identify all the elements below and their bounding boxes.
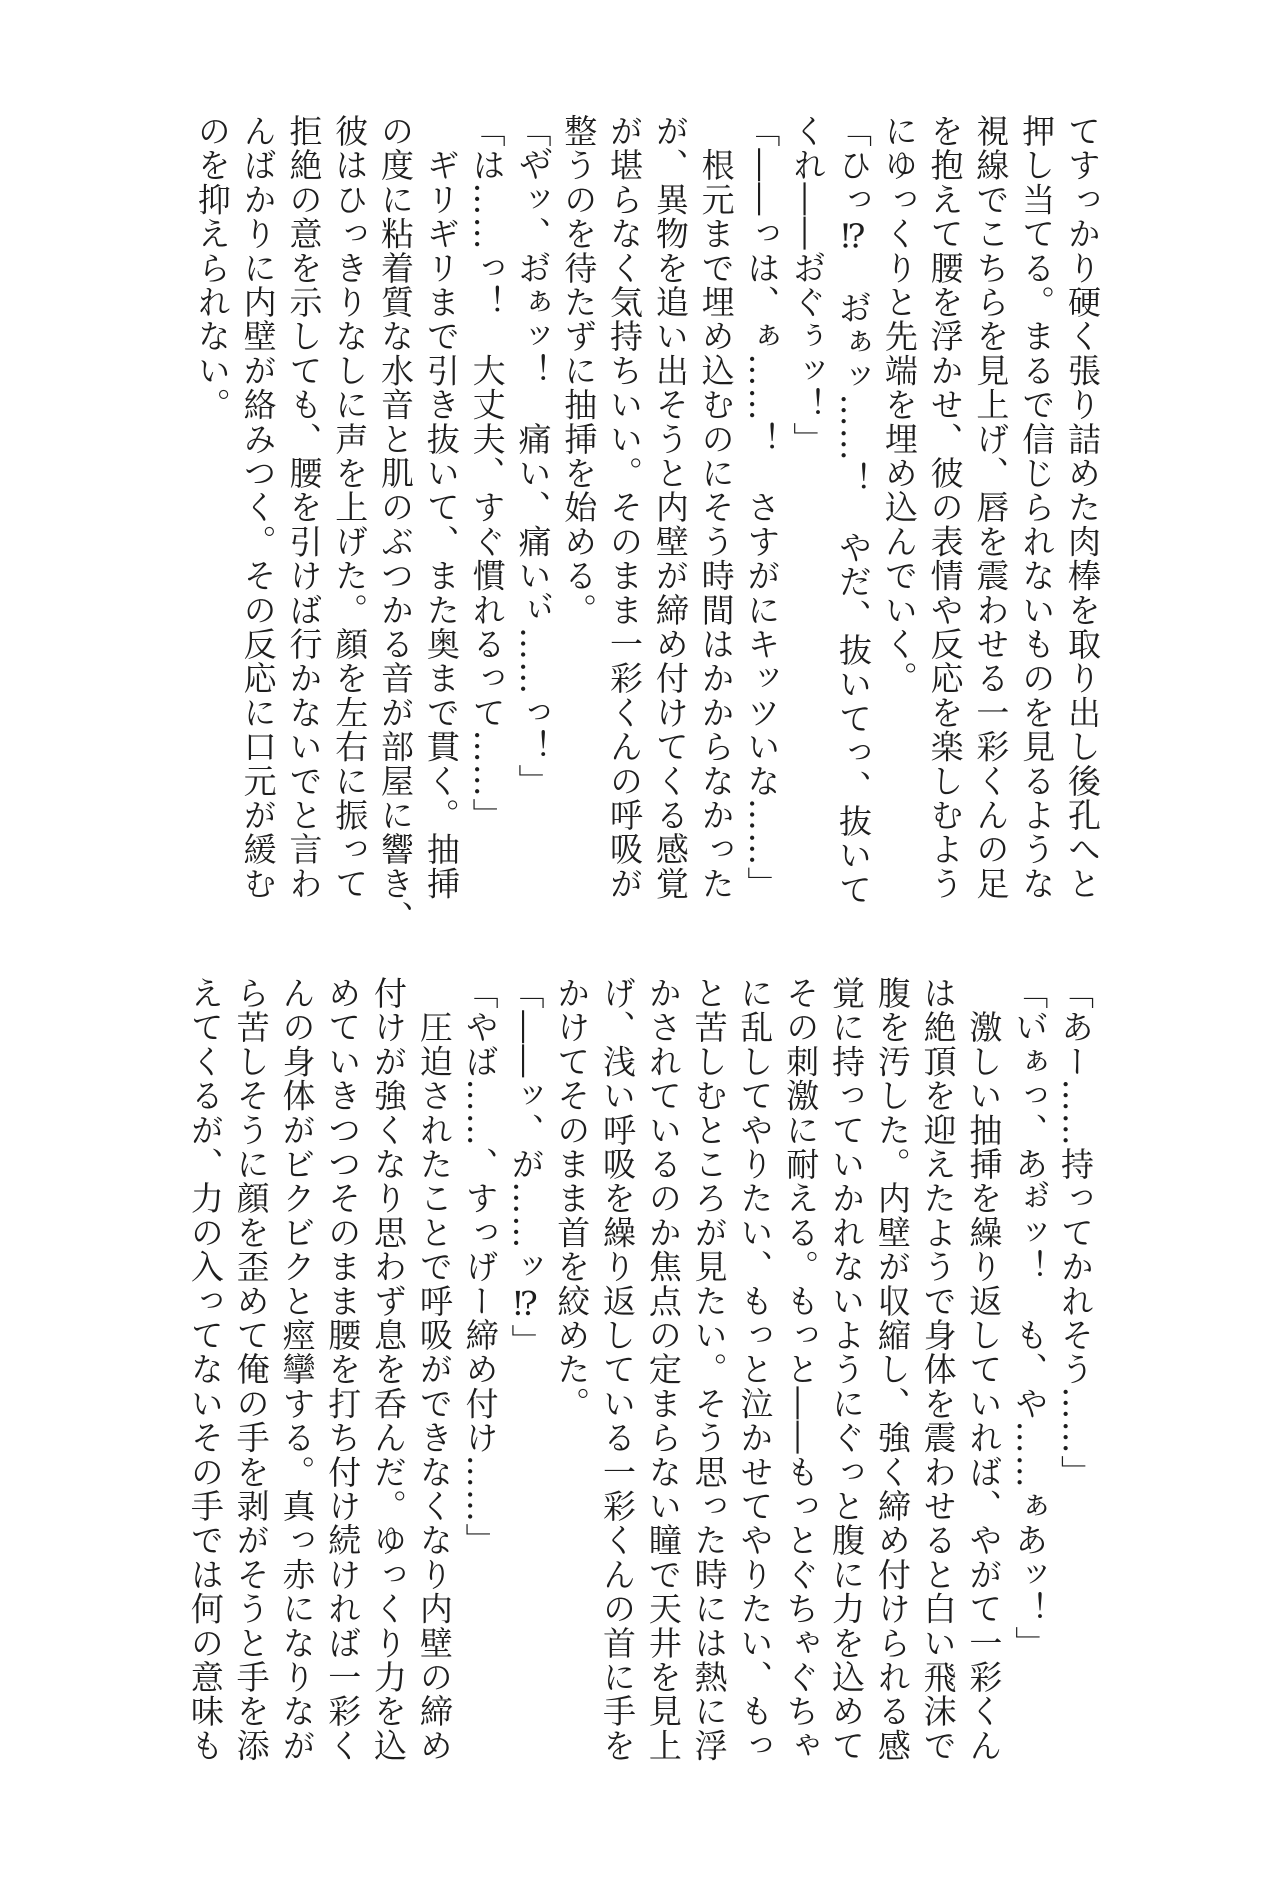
- text-column: かされているのか焦点の定まらない瞳で天井を見上: [640, 976, 686, 1766]
- text-column: 拒絶の意を示しても、腰を引けば行かないでと言わ: [281, 114, 327, 904]
- text-column: 腹を汚した。内壁が収縮し、強く締め付けられる感: [869, 976, 915, 1766]
- text-column: ギリギリまで引き抜いて、また奥まで貫く。抽挿: [418, 114, 464, 904]
- text-column: にゆっくりと先端を埋め込んでいく。: [876, 114, 922, 904]
- text-column: のを抑えられない。: [189, 114, 235, 904]
- text-column: その刺激に耐える。もっと――もっとぐちゃぐちゃ: [777, 976, 823, 1766]
- text-column: 覚に持っていかれないようにぐっと腹に力を込めて: [823, 976, 869, 1766]
- text-column: の度に粘着質な水音と肌のぶつかる音が部屋に響き、: [372, 114, 418, 904]
- text-column: 根元まで埋め込むのにそう時間はかからなかった: [693, 114, 739, 904]
- text-column: 「やば……、すっげー締め付け……」: [457, 976, 503, 1766]
- text-column: てすっかり硬く張り詰めた肉棒を取り出し後孔へと: [1059, 114, 1105, 904]
- text-column: が、異物を追い出そうと内壁が締め付けてくる感覚: [647, 114, 693, 904]
- text-column: かけてそのまま首を絞めた。: [548, 976, 594, 1766]
- book-page: てすっかり硬く張り詰めた肉棒を取り出し後孔へと 押し当てる。まるで信じられないも…: [0, 0, 1280, 1904]
- text-column: は絶頂を迎えたようで身体を震わせると白い飛沫で: [915, 976, 961, 1766]
- text-column: 「や゙ッ、お゙ぁッ！ 痛い、痛いぃ゙……っ！」: [510, 114, 556, 904]
- text-column: んばかりに内壁が絡みつく。その反応に口元が緩む: [235, 114, 281, 904]
- text-column: が堪らなく気持ちいい。そのまま一彩くんの呼吸が: [601, 114, 647, 904]
- text-column: めていきつつそのまま腰を打ち付け続ければ一彩く: [319, 976, 365, 1766]
- text-column: 「は……っ！ 大丈夫、すぐ慣れるって……」: [464, 114, 510, 904]
- text-column: えてくるが、力の入ってないその手では何の意味も: [182, 976, 228, 1766]
- text-column: ら苦しそうに顔を歪めて俺の手を剥がそうと手を添: [228, 976, 274, 1766]
- text-column: 圧迫されたことで呼吸ができなくなり内壁の締め: [411, 976, 457, 1766]
- text-column: 「――ッ、が……ッ⁉」: [503, 976, 549, 1766]
- text-column: んの身体がビクビクと痙攣する。真っ赤になりなが: [274, 976, 320, 1766]
- lower-text-block: 「あー……持ってかれそう……」 「い゙ぁっ、あぉ゙ッ！ も、や……ぁあッ！」 激…: [182, 976, 1098, 1766]
- text-column: を抱えて腰を浮かせ、彼の表情や反応を楽しむよう: [922, 114, 968, 904]
- text-column: 「あー……持ってかれそう……」: [1052, 976, 1098, 1766]
- text-column: 彼はひっきりなしに声を上げた。顔を左右に振って: [326, 114, 372, 904]
- upper-text-block: てすっかり硬く張り詰めた肉棒を取り出し後孔へと 押し当てる。まるで信じられないも…: [189, 114, 1105, 904]
- text-column: 視線でこちらを見上げ、唇を震わせる一彩くんの足: [968, 114, 1014, 904]
- text-column: くれ――お゙ぐぅッ！」: [784, 114, 830, 904]
- text-column: 「ひっ⁉ お゙ぁッ……！ やだ、抜いてっ、抜いて: [830, 114, 876, 904]
- text-column: 付けが強くなり思わず息を呑んだ。ゆっくり力を込: [365, 976, 411, 1766]
- text-column: 「――っは、ぁ……！ さすがにキッツいな……」: [739, 114, 785, 904]
- text-column: げ、浅い呼吸を繰り返している一彩くんの首に手を: [594, 976, 640, 1766]
- text-column: 押し当てる。まるで信じられないものを見るような: [1013, 114, 1059, 904]
- text-column: 激しい抽挿を繰り返していれば、やがて一彩くん: [961, 976, 1007, 1766]
- text-column: 「い゙ぁっ、あぉ゙ッ！ も、や……ぁあッ！」: [1006, 976, 1052, 1766]
- text-column: に乱してやりたい、もっと泣かせてやりたい、もっ: [732, 976, 778, 1766]
- text-column: と苦しむところが見たい。そう思った時には熱に浮: [686, 976, 732, 1766]
- text-column: 整うのを待たずに抽挿を始める。: [555, 114, 601, 904]
